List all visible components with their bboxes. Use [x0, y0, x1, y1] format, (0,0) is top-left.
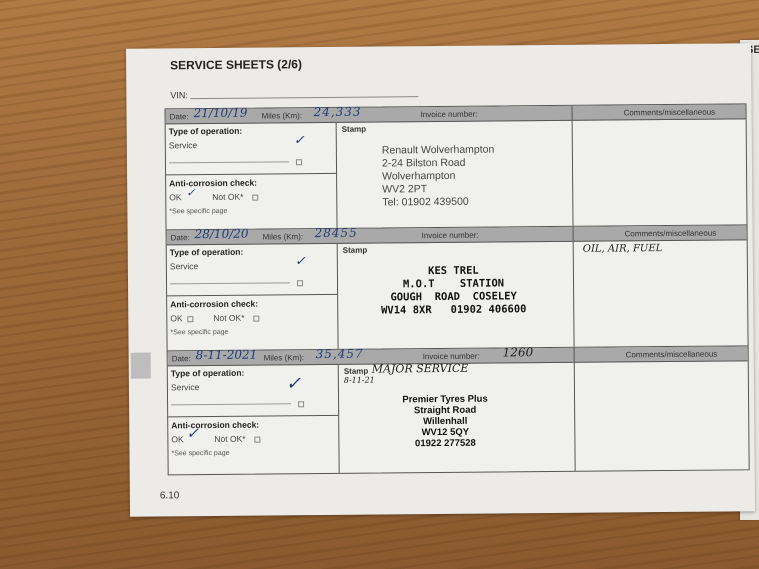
comments-field[interactable]: [574, 119, 747, 228]
comments-field[interactable]: [576, 361, 749, 470]
miles-value[interactable]: 28455: [315, 226, 358, 240]
stamp-label: Stamp: [344, 367, 369, 376]
checkbox-icon[interactable]: [297, 280, 303, 286]
not-ok-label: Not OK*: [213, 313, 244, 323]
service-tick-icon[interactable]: ✓: [294, 133, 305, 148]
ok-label: OK: [169, 192, 181, 202]
miles-label: Miles (Km):: [262, 111, 303, 120]
invoice-label: Invoice number:: [423, 352, 480, 361]
dealer-stamp: Renault Wolverhampton 2-24 Bilston Road …: [382, 144, 495, 210]
ok-tick-icon[interactable]: ✓: [186, 424, 199, 442]
invoice-value[interactable]: 1260: [503, 345, 534, 359]
page-tab-marker: [131, 353, 151, 379]
invoice-label: Invoice number:: [422, 231, 479, 240]
comments-label: Comments/miscellaneous: [624, 108, 716, 118]
date-value[interactable]: 8-11-2021: [196, 348, 258, 363]
page-number: 6.10: [160, 490, 180, 501]
service-entry-1: Date: 21/10/19 Miles (Km): 24,333 Invoic…: [164, 103, 747, 233]
checkbox-icon[interactable]: [296, 159, 302, 165]
service-label: Service: [170, 261, 198, 271]
handwritten-comment: OIL, AIR, FUEL: [583, 243, 663, 255]
page-title: SERVICE SHEETS (2/6): [170, 57, 302, 72]
not-ok-checkbox[interactable]: [253, 316, 259, 322]
comments-field[interactable]: OIL, AIR, FUEL: [575, 240, 748, 349]
date-label: Date:: [170, 112, 189, 121]
date-value[interactable]: 28/10/20: [195, 227, 249, 241]
not-ok-label: Not OK*: [212, 192, 243, 202]
tyre-centre-stamp: Premier Tyres Plus Straight Road Willenh…: [380, 393, 510, 449]
date-label: Date:: [171, 233, 190, 242]
miles-value[interactable]: 24,333: [313, 105, 361, 119]
service-book-page: SERVICE SHEETS (2/6) VIN: Date: 21/10/19…: [126, 43, 755, 516]
anti-corrosion-label: Anti-corrosion check:: [170, 299, 258, 310]
stamp-label: Stamp: [343, 246, 368, 255]
anti-corrosion-label: Anti-corrosion check:: [169, 178, 257, 189]
see-page-note: *See specific page: [170, 329, 228, 337]
service-tick-icon[interactable]: ✓: [295, 254, 306, 269]
vin-label: VIN:: [170, 90, 188, 100]
service-entry-2: Date: 28/10/20 Miles (Km): 28455 Invoice…: [166, 224, 749, 354]
service-entry-3: Date: 8-11-2021 Miles (Km): 35,457 Invoi…: [167, 345, 750, 475]
miles-value[interactable]: 35,457: [316, 347, 364, 361]
vin-field[interactable]: [190, 96, 418, 99]
not-ok-checkbox[interactable]: [252, 195, 258, 201]
date-label: Date:: [172, 354, 191, 363]
type-of-operation-label: Type of operation:: [170, 247, 244, 258]
comments-label: Comments/miscellaneous: [626, 350, 718, 360]
handwritten-stamp-date: 8-11-21: [344, 376, 375, 385]
comments-label: Comments/miscellaneous: [625, 229, 717, 239]
type-of-operation-label: Type of operation:: [171, 368, 245, 379]
anti-corrosion-label: Anti-corrosion check:: [171, 420, 259, 431]
stamp-label: Stamp: [342, 125, 367, 134]
ok-label: OK: [170, 313, 182, 323]
handwritten-stamp-note: MAJOR SERVICE: [372, 362, 469, 376]
not-ok-label: Not OK*: [214, 434, 245, 444]
not-ok-checkbox[interactable]: [254, 437, 260, 443]
garage-stamp: KES TREL M.O.T STATION GOUGH ROAD COSELE…: [351, 264, 556, 318]
miles-label: Miles (Km):: [263, 232, 304, 241]
ok-label: OK: [171, 434, 183, 444]
date-value[interactable]: 21/10/19: [193, 106, 247, 120]
service-label: Service: [171, 382, 199, 392]
ok-tick-icon[interactable]: ✓: [186, 186, 195, 199]
service-label: Service: [169, 140, 197, 150]
invoice-label: Invoice number:: [421, 110, 478, 119]
service-tick-icon[interactable]: ✓: [286, 373, 301, 394]
see-page-note: *See specific page: [169, 208, 227, 216]
checkbox-icon[interactable]: [298, 401, 304, 407]
type-of-operation-label: Type of operation:: [169, 126, 243, 137]
ok-checkbox[interactable]: [187, 316, 193, 322]
miles-label: Miles (Km):: [264, 353, 305, 362]
see-page-note: *See specific page: [171, 450, 229, 458]
